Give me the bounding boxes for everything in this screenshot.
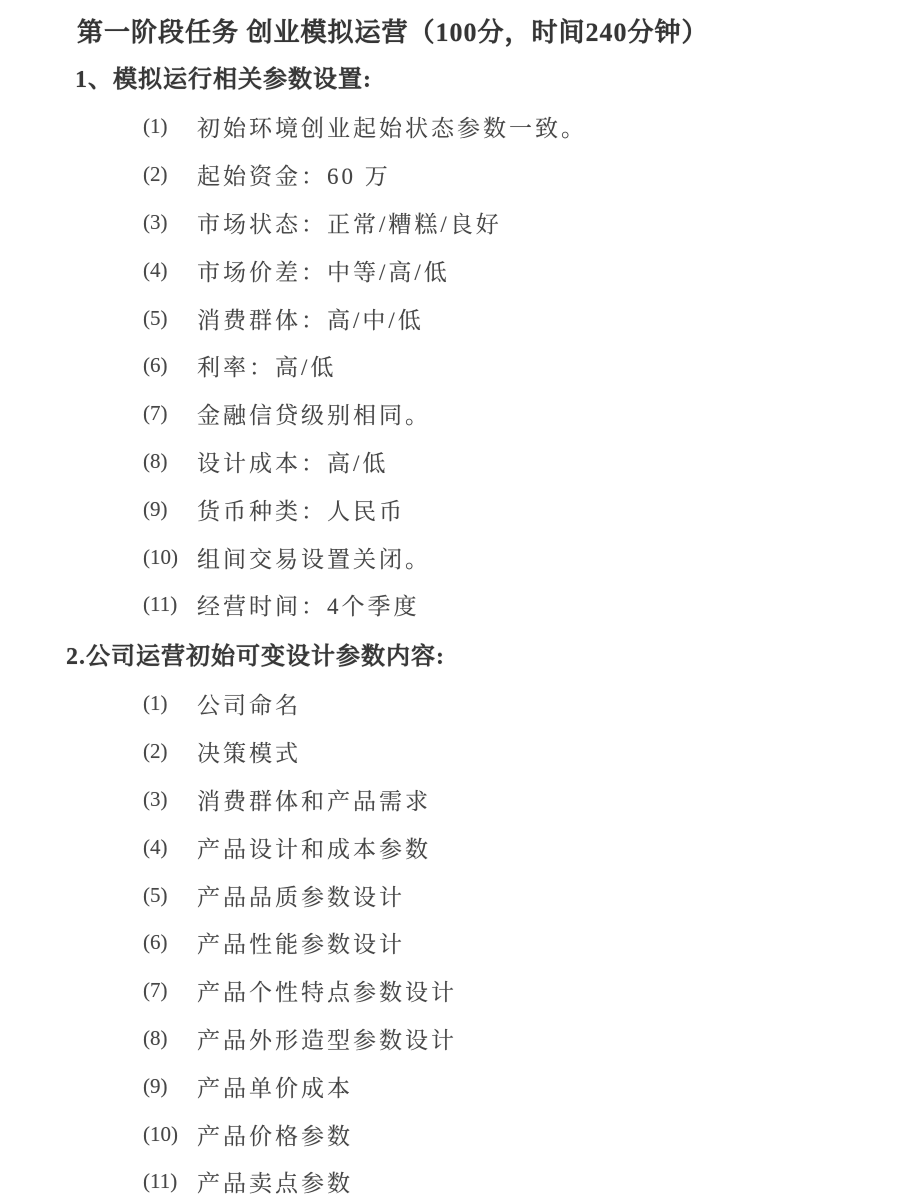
list-item-number: (2): [143, 162, 197, 187]
list-item: (1) 公司命名: [0, 680, 912, 728]
list-item-text: 设计成本：高/低: [197, 445, 388, 478]
list-item: (3) 消费群体和产品需求: [0, 776, 912, 824]
list-item: (11) 产品卖点参数: [0, 1158, 912, 1200]
list-item-text: 利率：高/低: [197, 349, 336, 382]
list-item-number: (5): [143, 306, 197, 331]
list-item: (1) 初始环境创业起始状态参数一致。: [0, 103, 912, 151]
list-item-text: 产品卖点参数: [197, 1165, 353, 1198]
list-item-text: 组间交易设置关闭。: [197, 541, 431, 574]
list-item-number: (9): [143, 497, 197, 522]
list-item-number: (1): [143, 691, 197, 716]
list-item-text: 决策模式: [197, 735, 301, 768]
list-item-number: (11): [143, 592, 197, 617]
list-item-number: (7): [143, 401, 197, 426]
list-item-number: (4): [143, 835, 197, 860]
list-item: (6) 利率：高/低: [0, 342, 912, 390]
list-item-text: 消费群体和产品需求: [197, 783, 431, 816]
list-item: (7) 产品个性特点参数设计: [0, 967, 912, 1015]
list-item: (10) 组间交易设置关闭。: [0, 533, 912, 581]
list-item: (11) 经营时间：4个季度: [0, 581, 912, 629]
list-item-text: 金融信贷级别相同。: [197, 397, 431, 430]
list-item-text: 产品品质参数设计: [197, 879, 405, 912]
section-1-item-list: (1) 初始环境创业起始状态参数一致。 (2) 起始资金：60 万 (3) 市场…: [0, 103, 912, 629]
list-item-number: (6): [143, 930, 197, 955]
list-item: (7) 金融信贷级别相同。: [0, 390, 912, 438]
list-item-text: 货币种类：人民币: [197, 493, 405, 526]
list-item: (2) 起始资金：60 万: [0, 151, 912, 199]
list-item-number: (3): [143, 787, 197, 812]
list-item-text: 市场状态：正常/糟糕/良好: [197, 206, 502, 239]
list-item: (6) 产品性能参数设计: [0, 919, 912, 967]
list-item-number: (10): [143, 1122, 197, 1147]
list-item-number: (4): [143, 258, 197, 283]
list-item-text: 产品单价成本: [197, 1070, 353, 1103]
list-item-text: 起始资金：60 万: [197, 158, 391, 191]
list-item-number: (11): [143, 1169, 197, 1194]
document-page: 第一阶段任务 创业模拟运营（100分，时间240分钟） 1、模拟运行相关参数设置…: [0, 0, 912, 1200]
list-item: (5) 产品品质参数设计: [0, 871, 912, 919]
list-item-number: (6): [143, 353, 197, 378]
list-item-text: 公司命名: [197, 687, 301, 720]
section-2-item-list: (1) 公司命名 (2) 决策模式 (3) 消费群体和产品需求 (4) 产品设计…: [0, 680, 912, 1200]
list-item: (8) 设计成本：高/低: [0, 438, 912, 486]
list-item-number: (1): [143, 114, 197, 139]
list-item: (4) 市场价差：中等/高/低: [0, 246, 912, 294]
list-item: (8) 产品外形造型参数设计: [0, 1015, 912, 1063]
list-item: (10) 产品价格参数: [0, 1110, 912, 1158]
list-item-text: 产品设计和成本参数: [197, 831, 431, 864]
document-title: 第一阶段任务 创业模拟运营（100分，时间240分钟）: [77, 12, 709, 49]
list-item-number: (7): [143, 978, 197, 1003]
list-item-number: (10): [143, 545, 197, 570]
section-2-heading: 2.公司运营初始可变设计参数内容:: [66, 636, 445, 671]
list-item-text: 产品性能参数设计: [197, 926, 405, 959]
list-item: (4) 产品设计和成本参数: [0, 823, 912, 871]
list-item: (9) 货币种类：人民币: [0, 485, 912, 533]
list-item: (3) 市场状态：正常/糟糕/良好: [0, 199, 912, 247]
list-item: (2) 决策模式: [0, 728, 912, 776]
list-item: (9) 产品单价成本: [0, 1062, 912, 1110]
list-item: (5) 消费群体：高/中/低: [0, 294, 912, 342]
list-item-number: (8): [143, 449, 197, 474]
list-item-text: 消费群体：高/中/低: [197, 302, 424, 335]
list-item-text: 经营时间：4个季度: [197, 588, 420, 621]
list-item-text: 产品个性特点参数设计: [197, 974, 457, 1007]
list-item-text: 产品外形造型参数设计: [197, 1022, 457, 1055]
list-item-text: 市场价差：中等/高/低: [197, 254, 450, 287]
section-1-heading: 1、模拟运行相关参数设置:: [75, 59, 372, 94]
list-item-number: (3): [143, 210, 197, 235]
list-item-number: (2): [143, 739, 197, 764]
list-item-number: (5): [143, 883, 197, 908]
list-item-text: 初始环境创业起始状态参数一致。: [197, 110, 587, 143]
list-item-number: (9): [143, 1074, 197, 1099]
list-item-number: (8): [143, 1026, 197, 1051]
list-item-text: 产品价格参数: [197, 1118, 353, 1151]
